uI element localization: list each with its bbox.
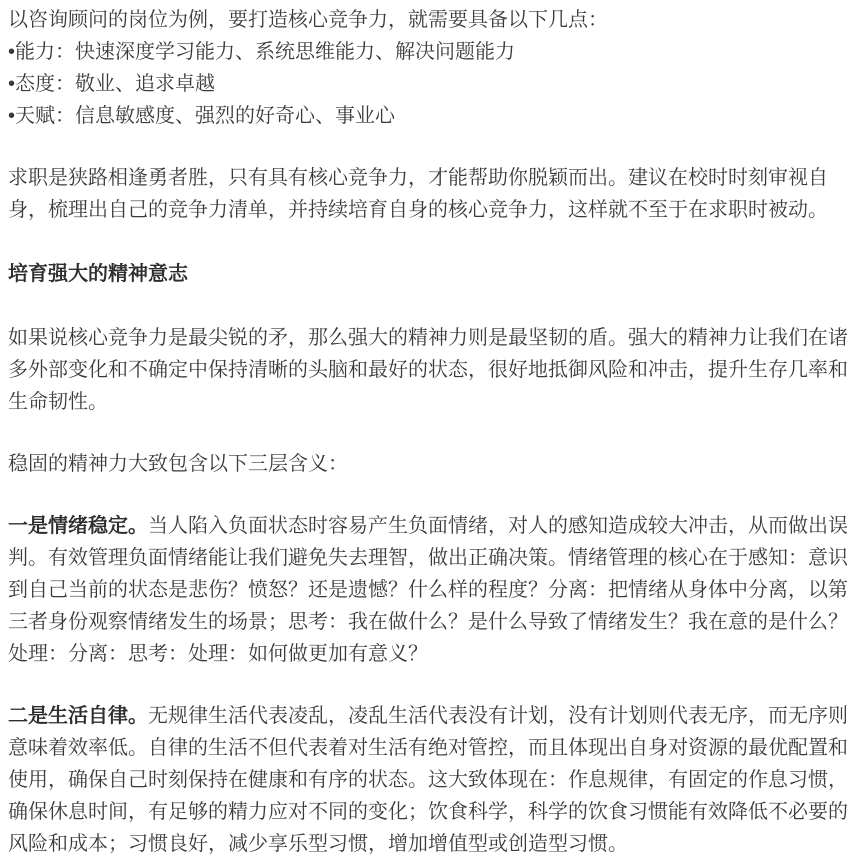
point-life-discipline-lead: 二是生活自律。: [8, 705, 148, 727]
article: 以咨询顾问的岗位为例，要打造核心竞争力，就需要具备以下几点： •能力：快速深度学…: [0, 0, 859, 860]
point-emotional-stability-lead: 一是情绪稳定。: [8, 515, 148, 537]
point-emotional-stability-body: 当人陷入负面状态时容易产生负面情绪，对人的感知造成较大冲击，从而做出误判。有效管…: [8, 515, 848, 665]
point-life-discipline-body: 无规律生活代表凌乱，凌乱生活代表没有计划，没有计划则代表无序，而无序则意味着效率…: [8, 705, 848, 855]
intro-lead-line: 以咨询顾问的岗位为例，要打造核心竞争力，就需要具备以下几点：: [8, 4, 851, 36]
spirit-strength-paragraph: 如果说核心竞争力是最尖锐的矛，那么强大的精神力则是最坚韧的盾。强大的精神力让我们…: [8, 322, 851, 418]
bullet-attitude: •态度：敬业、追求卓越: [8, 68, 851, 100]
point-emotional-stability: 一是情绪稳定。当人陷入负面状态时容易产生负面情绪，对人的感知造成较大冲击，从而做…: [8, 510, 851, 670]
bullet-ability: •能力：快速深度学习能力、系统思维能力、解决问题能力: [8, 36, 851, 68]
intro-paragraph: 以咨询顾问的岗位为例，要打造核心竞争力，就需要具备以下几点： •能力：快速深度学…: [8, 4, 851, 132]
three-layers-intro: 稳固的精神力大致包含以下三层含义：: [8, 448, 851, 480]
bullet-talent: •天赋：信息敏感度、强烈的好奇心、事业心: [8, 100, 851, 132]
job-hunting-paragraph: 求职是狭路相逢勇者胜，只有具有核心竞争力，才能帮助你脱颖而出。建议在校时时刻审视…: [8, 162, 851, 226]
point-life-discipline: 二是生活自律。无规律生活代表凌乱，凌乱生活代表没有计划，没有计划则代表无序，而无…: [8, 700, 851, 860]
section-heading: 培育强大的精神意志: [8, 258, 851, 290]
